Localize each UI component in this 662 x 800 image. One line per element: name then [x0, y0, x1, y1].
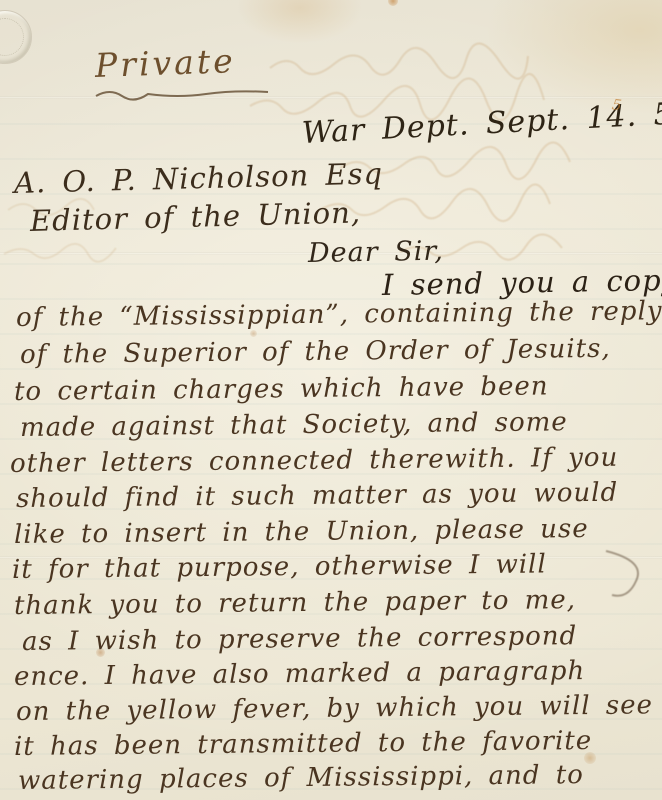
body-line: ence. I have also marked a paragraph — [14, 656, 586, 692]
body-line: thank you to return the paper to me, — [14, 585, 576, 621]
private-annotation: Private — [94, 41, 236, 85]
salutation: Dear Sir, — [308, 236, 444, 269]
body-line: as I wish to preserve the correspond — [22, 621, 578, 657]
body-line: it for that purpose, otherwise I will — [12, 549, 547, 585]
body-line: made against that Society, and some — [20, 407, 568, 443]
body-line: of the Superior of the Order of Jesuits, — [20, 334, 611, 370]
body-line: on the yellow fever, by which you will s… — [16, 690, 653, 727]
body-line: should find it such matter as you would — [16, 478, 618, 514]
body-line: other letters connected therewith. If yo… — [10, 443, 619, 479]
body-line: watering places of Mississippi, and to — [18, 760, 584, 796]
recipient-title: Editor of the Union, — [30, 195, 362, 238]
body-line: it has been transmitted to the favorite — [14, 726, 592, 762]
dateline: War Dept. Sept. 14. 55 — [301, 95, 662, 150]
pen-flourish — [596, 545, 662, 605]
embossed-seal-icon — [0, 10, 32, 64]
body-line: like to insert in the Union, please use — [14, 514, 589, 550]
foxing-stain — [388, 0, 398, 6]
letter-page: Private War Dept. Sept. 14. 55 5 A. O. P… — [0, 0, 662, 800]
recipient-name: A. O. P. Nicholson Esq — [14, 156, 384, 200]
foxing-stain — [250, 330, 257, 337]
body-line: to certain charges which have been — [14, 371, 549, 407]
underline-flourish — [92, 88, 272, 102]
body-line: of the “Mississippian”, containing the r… — [16, 296, 662, 333]
